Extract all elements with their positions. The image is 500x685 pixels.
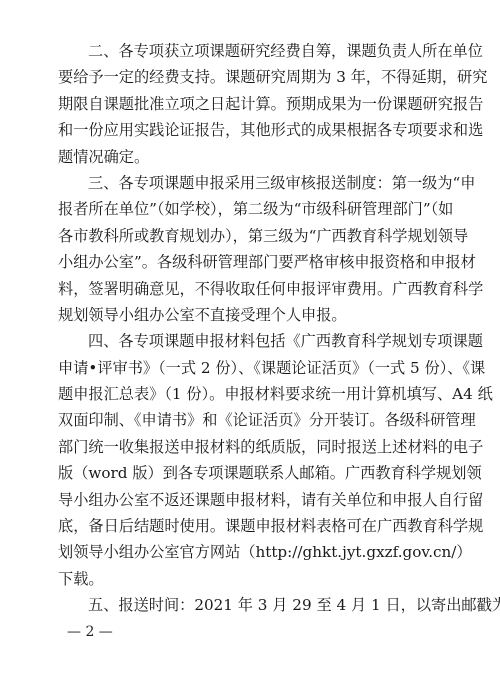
text-line: 三、各专项课题申报采用三级审核报送制度：第一级为“申 xyxy=(58,170,451,196)
text-line: 二、各专项获立项课题研究经费自筹，课题负责人所在单位 xyxy=(58,38,451,64)
text-line: 小组办公室”。各级科研管理部门要严格审核申报资格和申报材 xyxy=(58,249,451,275)
text-line: 期限自课题批准立项之日起计算。预期成果为一份课题研究报告 xyxy=(58,91,451,117)
text-line: 报者所在单位”（如学校），第二级为“市级科研管理部门”（如 xyxy=(58,196,451,222)
text-line: 料，签署明确意见，不得收取任何申报评审费用。广西教育科学 xyxy=(58,276,451,302)
text-line: 各市教科所或教育规划办），第三级为“广西教育科学规划领导 xyxy=(58,223,451,249)
text-line: 底，备日后结题时使用。课题申报材料表格可在广西教育科学规 xyxy=(58,513,451,539)
paragraph-section-2: 二、各专项获立项课题研究经费自筹，课题负责人所在单位 要给予一定的经费支持。课题… xyxy=(58,38,451,170)
text-line: 下载。 xyxy=(58,566,451,592)
text-line: 和一份应用实践论证报告，其他形式的成果根据各专项要求和选 xyxy=(58,117,451,143)
text-line: 规划领导小组办公室不直接受理个人申报。 xyxy=(58,302,451,328)
text-line: 题申报汇总表》（1 份）。申报材料要求统一用计算机填写、A4 纸 xyxy=(58,381,451,407)
text-line: 题情况确定。 xyxy=(58,144,451,170)
text-line: 版（word 版）到各专项课题联系人邮箱。广西教育科学规划领 xyxy=(58,460,451,486)
paragraph-section-5: 五、报送时间：2021 年 3 月 29 至 4 月 1 日，以寄出邮戳为 xyxy=(58,592,451,618)
page-number: — 2 — xyxy=(67,622,113,642)
text-line: 申请•评审书》（一式 2 份）、《课题论证活页》（一式 5 份）、《课 xyxy=(58,355,451,381)
document-body: 二、各专项获立项课题研究经费自筹，课题负责人所在单位 要给予一定的经费支持。课题… xyxy=(58,38,451,619)
text-line: 部门统一收集报送申报材料的纸质版，同时报送上述材料的电子 xyxy=(58,434,451,460)
text-line: 双面印制、《申请书》和《论证活页》分开装订。各级科研管理 xyxy=(58,407,451,433)
text-line: 四、各专项课题申报材料包括《广西教育科学规划专项课题 xyxy=(58,328,451,354)
document-page: 二、各专项获立项课题研究经费自筹，课题负责人所在单位 要给予一定的经费支持。课题… xyxy=(0,0,500,685)
text-line: 要给予一定的经费支持。课题研究周期为 3 年，不得延期，研究 xyxy=(58,64,451,90)
text-line: 五、报送时间：2021 年 3 月 29 至 4 月 1 日，以寄出邮戳为 xyxy=(58,592,451,618)
paragraph-section-3: 三、各专项课题申报采用三级审核报送制度：第一级为“申 报者所在单位”（如学校），… xyxy=(58,170,451,328)
text-line: 导小组办公室不返还课题申报材料，请有关单位和申报人自行留 xyxy=(58,487,451,513)
text-line-with-url: 划领导小组办公室官方网站（http://ghkt.jyt.gxzf.gov.cn… xyxy=(58,539,451,565)
paragraph-section-4: 四、各专项课题申报材料包括《广西教育科学规划专项课题 申请•评审书》（一式 2 … xyxy=(58,328,451,592)
